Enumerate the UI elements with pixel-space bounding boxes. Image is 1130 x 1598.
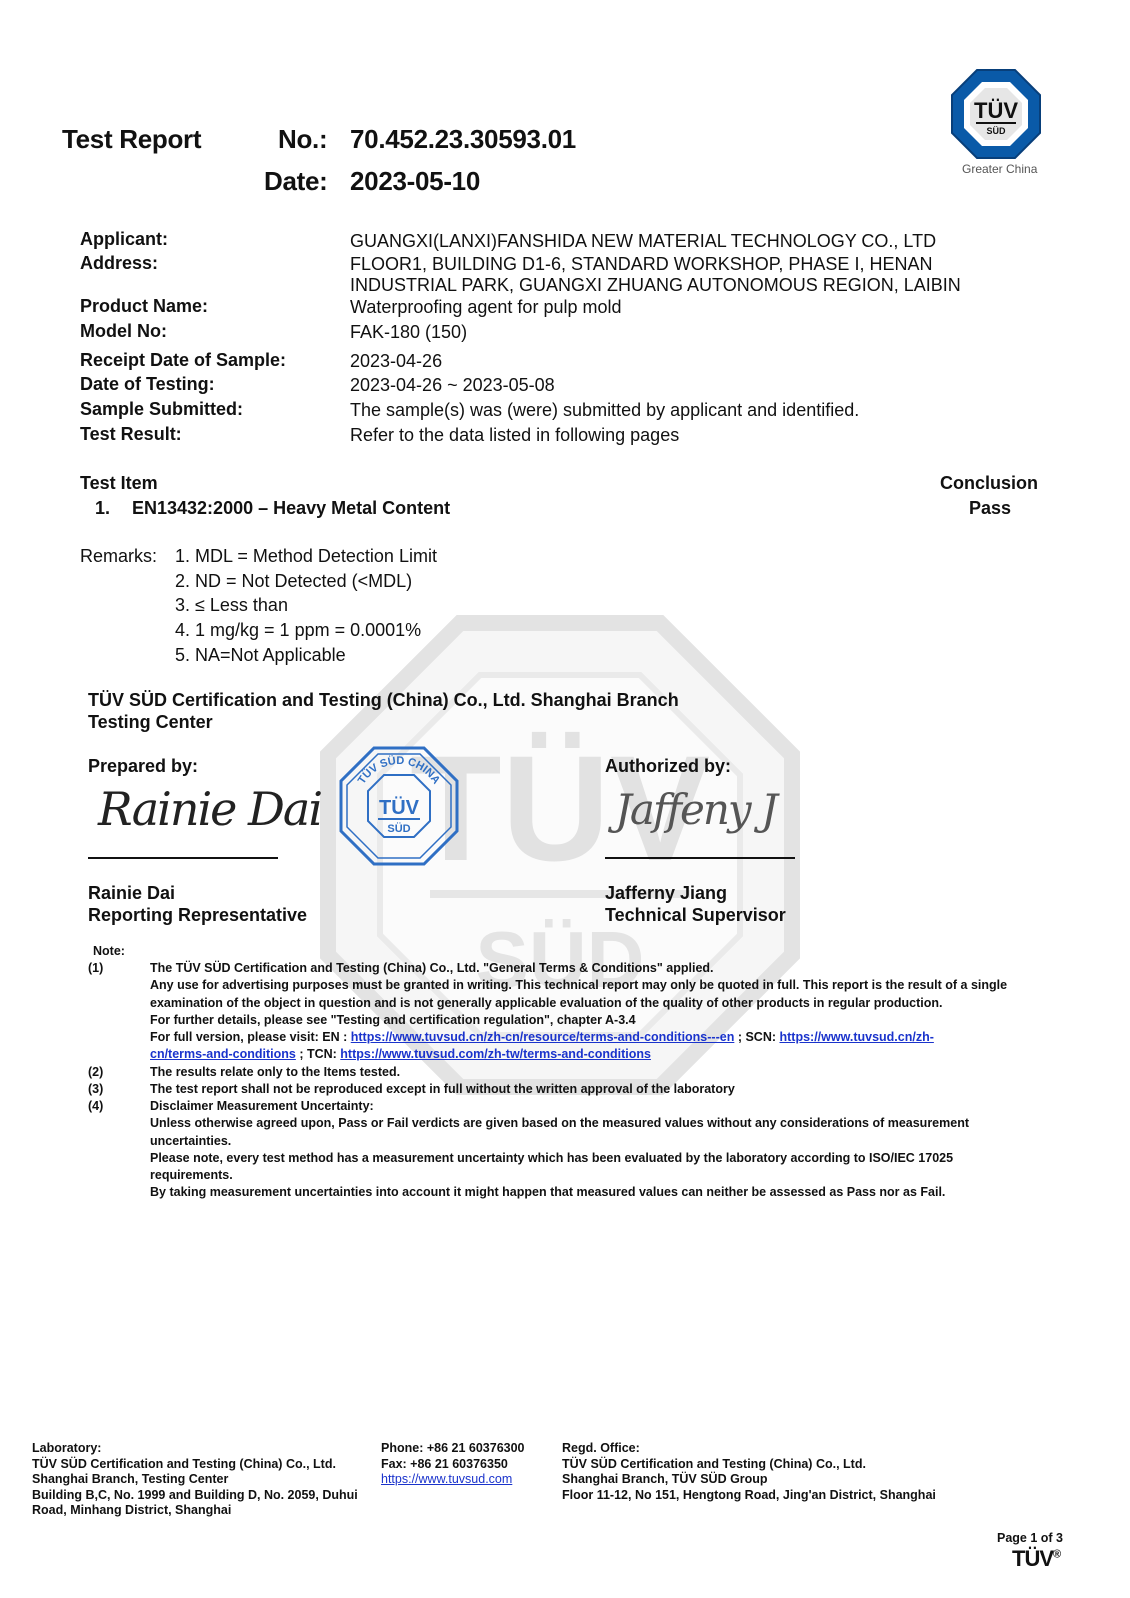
note-2-text: The results relate only to the Items tes… (150, 1064, 1030, 1081)
footer-contact: Phone: +86 21 60376300 Fax: +86 21 60376… (381, 1441, 525, 1488)
svg-text:TÜV: TÜV (974, 98, 1018, 123)
svg-text:SÜD: SÜD (387, 822, 410, 835)
product-name-value: Waterproofing agent for pulp mold (350, 296, 622, 318)
footer-website-link[interactable]: https://www.tuvsud.com (381, 1472, 512, 1486)
note-number: (1) (88, 960, 103, 977)
note-number: (2) (88, 1064, 103, 1081)
authorized-name: Jafferny Jiang (605, 883, 727, 904)
testing-date-label: Date of Testing: (80, 374, 215, 395)
tuv-logo-icon: TÜV SÜD (950, 68, 1042, 160)
terms-tcn-link[interactable]: https://www.tuvsud.com/zh-tw/terms-and-c… (340, 1047, 651, 1061)
address-value-line1: FLOOR1, BUILDING D1-6, STANDARD WORKSHOP… (350, 253, 932, 275)
note-label: Note: (93, 943, 125, 960)
report-number: 70.452.23.30593.01 (350, 124, 576, 155)
address-value-line2: INDUSTRIAL PARK, GUANGXI ZHUANG AUTONOMO… (350, 274, 961, 296)
test-item-name: EN13432:2000 – Heavy Metal Content (132, 498, 450, 519)
test-item-conclusion: Pass (969, 498, 1011, 519)
sample-submitted-label: Sample Submitted: (80, 399, 243, 420)
svg-text:SÜD: SÜD (986, 126, 1006, 136)
authorized-by-label: Authorized by: (605, 756, 731, 777)
remark-item: 3. ≤ Less than (175, 595, 288, 616)
prepared-title: Reporting Representative (88, 905, 307, 926)
svg-text:TÜV SÜD CHINA: TÜV SÜD CHINA (356, 754, 442, 786)
model-no-label: Model No: (80, 321, 167, 342)
company-stamp: TÜV SÜD CHINA TÜV SÜD (338, 745, 460, 867)
svg-text:TÜV: TÜV (379, 796, 420, 819)
applicant-value: GUANGXI(LANXI)FANSHIDA NEW MATERIAL TECH… (350, 230, 936, 252)
remarks-label: Remarks: (80, 546, 157, 567)
note-number: (3) (88, 1081, 103, 1098)
note-number: (4) (88, 1098, 103, 1115)
receipt-date-value: 2023-04-26 (350, 350, 442, 372)
footer-laboratory: Laboratory: TÜV SÜD Certification and Te… (32, 1441, 358, 1519)
footer-regd-office: Regd. Office: TÜV SÜD Certification and … (562, 1441, 936, 1503)
remark-item: 1. MDL = Method Detection Limit (175, 546, 437, 567)
applicant-label: Applicant: (80, 229, 168, 250)
issuer-line1: TÜV SÜD Certification and Testing (China… (88, 690, 679, 711)
product-name-label: Product Name: (80, 296, 208, 317)
prepared-by-label: Prepared by: (88, 756, 198, 777)
test-result-label: Test Result: (80, 424, 182, 445)
terms-en-link[interactable]: https://www.tuvsud.cn/zh-cn/resource/ter… (351, 1030, 735, 1044)
report-number-label: No.: (278, 124, 327, 155)
note-1-text: The TÜV SÜD Certification and Testing (C… (150, 960, 1030, 1064)
terms-scn-link[interactable]: https://www.tuvsud.cn/zh- (779, 1030, 933, 1044)
prepared-name: Rainie Dai (88, 883, 175, 904)
test-result-value: Refer to the data listed in following pa… (350, 424, 679, 446)
receipt-date-label: Receipt Date of Sample: (80, 350, 286, 371)
sample-submitted-value: The sample(s) was (were) submitted by ap… (350, 399, 859, 421)
remark-item: 2. ND = Not Detected (<MDL) (175, 571, 412, 592)
prepared-signature-line (88, 857, 278, 859)
terms-scn-link-continued[interactable]: cn/terms-and-conditions (150, 1047, 296, 1061)
footer-fax: Fax: +86 21 60376350 (381, 1457, 525, 1473)
remark-item: 5. NA=Not Applicable (175, 645, 346, 666)
remark-item: 4. 1 mg/kg = 1 ppm = 0.0001% (175, 620, 421, 641)
tuv-footer-mark: TÜV® (1012, 1546, 1060, 1572)
report-date: 2023-05-10 (350, 166, 480, 197)
authorized-signature-line (605, 857, 795, 859)
model-no-value: FAK-180 (150) (350, 321, 467, 343)
doc-type: Test Report (62, 124, 201, 155)
note-3-text: The test report shall not be reproduced … (150, 1081, 1030, 1098)
address-label: Address: (80, 253, 158, 274)
prepared-signature: Rainie Dai (98, 782, 321, 836)
page-number: Page 1 of 3 (997, 1531, 1063, 1547)
authorized-signature: Jaffeny J (615, 785, 776, 834)
test-item-number: 1. (95, 498, 110, 519)
report-date-label: Date: (264, 166, 328, 197)
logo-caption: Greater China (962, 162, 1037, 176)
authorized-title: Technical Supervisor (605, 905, 786, 926)
test-item-header: Test Item (80, 473, 158, 494)
testing-date-value: 2023-04-26 ~ 2023-05-08 (350, 374, 555, 396)
note-4-text: Disclaimer Measurement Uncertainty: Unle… (150, 1098, 1030, 1202)
conclusion-header: Conclusion (940, 473, 1038, 494)
footer-phone: Phone: +86 21 60376300 (381, 1441, 525, 1457)
issuer-line2: Testing Center (88, 712, 213, 733)
